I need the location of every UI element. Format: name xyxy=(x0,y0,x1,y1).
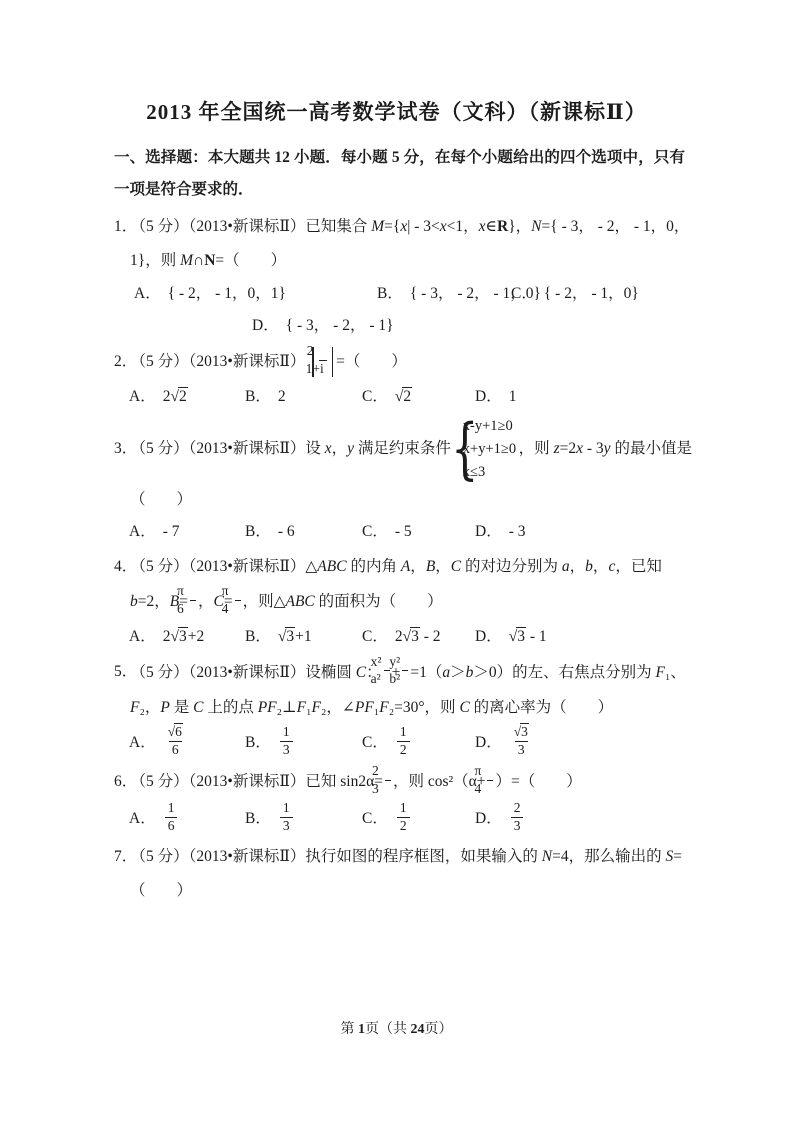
option-label: C． xyxy=(511,285,537,302)
text: （5 分）（2013•新课标Ⅱ）已知 sin2α= xyxy=(138,773,383,790)
text: ，则 cos²（α+ xyxy=(393,773,486,790)
text: 6 xyxy=(168,818,175,833)
question-number: 2． xyxy=(114,353,137,370)
sqrt-radicand: 3 xyxy=(410,627,420,645)
option: C．12 xyxy=(362,725,475,762)
math-variable: C xyxy=(459,699,469,716)
fraction-denominator: 2 xyxy=(397,741,410,759)
text: =（ ） xyxy=(215,252,286,269)
text: 2 xyxy=(278,388,286,405)
text: 的最小值是 xyxy=(611,440,692,457)
fraction-numerator: π xyxy=(190,583,196,600)
sqrt: √2 xyxy=(170,387,187,405)
footer-prefix: 第 xyxy=(341,1022,359,1037)
case-line: x≤3 xyxy=(479,461,517,484)
fraction: 13 xyxy=(280,800,293,835)
option-label: B． xyxy=(377,285,403,302)
text: +1 xyxy=(295,628,312,645)
fraction-denominator: 3 xyxy=(280,817,293,835)
option-label: B． xyxy=(245,523,271,540)
text: 6 xyxy=(177,601,184,616)
math-variable: C xyxy=(451,558,461,575)
question: 7．（5 分）（2013•新课标Ⅱ）执行如图的程序框图，如果输入的 N=4，那么… xyxy=(114,840,697,908)
text: 1 xyxy=(168,800,175,815)
sqrt-sign-icon: √ xyxy=(170,388,178,405)
bold-text: N xyxy=(204,252,215,269)
sqrt-sign-icon: √ xyxy=(170,628,178,645)
math-variable: PF xyxy=(355,699,374,716)
text: （5 分）（2013•新课标Ⅱ）已知集合 xyxy=(138,218,371,235)
math-variable: M xyxy=(371,218,384,235)
math-variable: A xyxy=(401,558,410,575)
option-label: A． xyxy=(129,734,156,751)
text: π xyxy=(474,763,481,778)
math-variable: P xyxy=(160,699,169,716)
fraction: 12 xyxy=(397,724,410,759)
fraction-denominator: 3 xyxy=(280,741,293,759)
options-row: A．√66B．13C．12D．√33 xyxy=(114,725,697,762)
text: 2 xyxy=(400,818,407,833)
fraction-numerator: π xyxy=(235,583,241,600)
text: ＞ xyxy=(450,663,466,680)
question: 4．（5 分）（2013•新课标Ⅱ）△ABC 的内角 A，B，C 的对边分别为 … xyxy=(114,550,697,653)
option: A．- 7 xyxy=(129,516,245,548)
option: C．2√3 - 2 xyxy=(362,621,475,653)
question: 3．（5 分）（2013•新课标Ⅱ）设 x，y 满足约束条件 {x-y+1≥0x… xyxy=(114,415,697,548)
math-variable: B xyxy=(426,558,435,575)
text: 1 xyxy=(400,724,407,739)
text: - 1 xyxy=(526,628,547,645)
text: ₂，∠ xyxy=(321,699,355,716)
fraction-numerator: √3 xyxy=(511,724,532,741)
option: C．12 xyxy=(362,801,475,838)
fraction: √33 xyxy=(511,724,532,759)
sqrt-radicand: 3 xyxy=(285,627,295,645)
fraction-denominator: 4 xyxy=(235,600,241,618)
question-stem: 1．（5 分）（2013•新课标Ⅱ）已知集合 M={x| - 3<x<1，x∈R… xyxy=(114,210,697,278)
option-label: C． xyxy=(362,628,388,645)
text: 6 xyxy=(172,742,179,757)
text: ， xyxy=(332,440,348,457)
question-stem: 6．（5 分）（2013•新课标Ⅱ）已知 sin2α=23，则 cos²（α+π… xyxy=(114,764,697,801)
text: ＞0）的左、右焦点分别为 xyxy=(473,663,655,680)
option: A．2√3+2 xyxy=(129,621,245,653)
option: A．{ - 2， - 1，0，1} xyxy=(134,278,377,310)
page-footer: 第 1页（共 24页） xyxy=(0,1018,793,1038)
fraction-numerator: 2 xyxy=(320,343,326,360)
sqrt-radicand: 2 xyxy=(178,387,188,405)
option: A．√66 xyxy=(129,725,245,762)
text: ，则 xyxy=(519,440,554,457)
math-variable: x xyxy=(440,218,447,235)
text: 1 xyxy=(400,800,407,815)
text: =2 xyxy=(560,440,577,457)
text: 1 xyxy=(509,388,517,405)
text: 1+i xyxy=(306,361,324,376)
option: D．23 xyxy=(475,801,697,838)
option-label: C． xyxy=(362,388,388,405)
text: +2 xyxy=(188,628,205,645)
question-number: 7． xyxy=(114,848,137,865)
option-label: D． xyxy=(252,317,279,334)
question-number: 5． xyxy=(114,663,137,680)
options-row: A．16B．13C．12D．23 xyxy=(114,801,697,838)
text: 3 xyxy=(283,742,290,757)
question-stem: 7．（5 分）（2013•新课标Ⅱ）执行如图的程序框图，如果输入的 N=4，那么… xyxy=(114,840,697,908)
section-header: 一、选择题：本大题共 12 小题．每小题 5 分，在每个小题给出的四个选项中，只… xyxy=(114,142,685,206)
text: 2 xyxy=(395,628,403,645)
math-variable: C xyxy=(356,663,366,680)
question-stem: 4．（5 分）（2013•新课标Ⅱ）△ABC 的内角 A，B，C 的对边分别为 … xyxy=(114,550,697,621)
option: B．13 xyxy=(245,801,362,838)
options-row: A．- 7B．- 6C．- 5D．- 3 xyxy=(114,516,697,548)
math-variable: N xyxy=(542,848,552,865)
text: 的面积为（ ） xyxy=(315,593,443,610)
text: }， xyxy=(508,218,531,235)
option: B．√3+1 xyxy=(245,621,362,653)
math-variable: a xyxy=(442,663,450,680)
option-label: D． xyxy=(475,523,502,540)
option-label: C． xyxy=(362,810,388,827)
fraction-denominator: 3 xyxy=(515,741,528,759)
text: （ ） xyxy=(130,491,192,508)
fraction-denominator: 3 xyxy=(511,817,524,835)
question-number: 4． xyxy=(114,558,137,575)
options-row: A．2√2B．2C．√2D．1 xyxy=(114,381,697,413)
math-variable: x xyxy=(479,218,486,235)
option: C．√2 xyxy=(362,381,475,413)
text: b² xyxy=(389,671,400,686)
option: D．1 xyxy=(475,381,697,413)
text: 是 xyxy=(170,699,193,716)
question-stem-continuation: （ ） xyxy=(114,484,697,516)
fraction: 21+i xyxy=(319,343,327,378)
math-variable: F xyxy=(379,699,388,716)
text: ， xyxy=(435,558,451,575)
fraction-denominator: 2 xyxy=(397,817,410,835)
text: ₂， xyxy=(139,699,160,716)
text: ， xyxy=(198,593,214,610)
fraction-denominator: 6 xyxy=(190,600,196,618)
sqrt-radicand: 6 xyxy=(174,723,183,739)
option: D．√3 - 1 xyxy=(475,621,697,653)
text: 1 xyxy=(283,800,290,815)
questions-list: 1．（5 分）（2013•新课标Ⅱ）已知集合 M={x| - 3<x<1，x∈R… xyxy=(114,210,697,908)
text: 的对边分别为 xyxy=(461,558,562,575)
option: D．- 3 xyxy=(475,516,697,548)
fraction-denominator: b² xyxy=(402,670,408,688)
option-label: A． xyxy=(129,628,156,645)
question-number: 6． xyxy=(114,773,137,790)
math-variable: ABC xyxy=(317,558,346,575)
text: 3 xyxy=(518,742,525,757)
text: （5 分）（2013•新课标Ⅱ）执行如图的程序框图，如果输入的 xyxy=(138,848,541,865)
option: D．√33 xyxy=(475,725,697,762)
text: 1 xyxy=(283,724,290,739)
text: { - 2， - 1，0，1} xyxy=(168,285,286,302)
text: 2 xyxy=(307,343,314,358)
text: ∩ xyxy=(193,252,204,269)
option-label: A． xyxy=(129,523,156,540)
fraction: π6 xyxy=(190,583,196,618)
fraction-denominator: 6 xyxy=(165,817,178,835)
option-label: B． xyxy=(245,388,271,405)
text: ， xyxy=(593,558,609,575)
footer-total-pages: 24 xyxy=(411,1022,425,1037)
options-row: D．{ - 3， - 2， - 1} xyxy=(114,310,697,342)
fraction: y²b² xyxy=(402,654,408,689)
math-variable: F xyxy=(297,699,306,716)
option-label: D． xyxy=(475,810,502,827)
text: 的内角 xyxy=(347,558,401,575)
text: x² xyxy=(371,654,382,669)
text: （5 分）（2013•新课标Ⅱ）设椭圆 xyxy=(138,663,355,680)
fraction: 13 xyxy=(280,724,293,759)
fraction: 23 xyxy=(511,800,524,835)
text: - 7 xyxy=(163,523,180,540)
fraction-denominator: 6 xyxy=(169,741,182,759)
text: { - 3， - 2， - 1} xyxy=(286,317,394,334)
math-variable: F xyxy=(312,699,321,716)
text: ， xyxy=(410,558,426,575)
question: 6．（5 分）（2013•新课标Ⅱ）已知 sin2α=23，则 cos²（α+π… xyxy=(114,764,697,838)
math-variable: b xyxy=(130,593,138,610)
math-variable: N xyxy=(531,218,541,235)
text: - 3 xyxy=(509,523,526,540)
text: - 2 xyxy=(420,628,441,645)
text: ₁、 xyxy=(665,663,686,680)
sqrt-radicand: 3 xyxy=(520,723,529,739)
text: ，已知 xyxy=(615,558,662,575)
math-variable: x xyxy=(576,440,583,457)
page-title: 2013 年全国统一高考数学试卷（文科）（新课标Ⅱ） xyxy=(0,0,793,126)
fraction-numerator: 1 xyxy=(280,724,293,741)
text: 3 xyxy=(372,781,379,796)
text: =4，那么输出的 xyxy=(552,848,665,865)
fraction-denominator: 3 xyxy=(385,780,391,798)
footer-suffix: 页） xyxy=(425,1022,453,1037)
case-line: x-y+1≥0 xyxy=(479,415,517,438)
fraction-numerator: 1 xyxy=(397,724,410,741)
text: 2 xyxy=(400,742,407,757)
text: ，则△ xyxy=(243,593,286,610)
math-variable: x xyxy=(325,440,332,457)
fraction: 12 xyxy=(397,800,410,835)
fraction-numerator: 1 xyxy=(397,800,410,817)
text: ）=（ ） xyxy=(495,773,581,790)
text: 的离心率为（ ） xyxy=(470,699,613,716)
fraction-numerator: 2 xyxy=(385,763,391,780)
question: 5．（5 分）（2013•新课标Ⅱ）设椭圆 C：x²a²+y²b²=1（a＞b＞… xyxy=(114,655,697,763)
question-number: 1． xyxy=(114,218,137,235)
math-variable: F xyxy=(656,663,665,680)
sqrt: √3 xyxy=(403,627,420,645)
sqrt-radicand: 3 xyxy=(516,627,526,645)
option-label: C． xyxy=(362,734,388,751)
math-variable: ABC xyxy=(286,593,315,610)
option-label: A． xyxy=(129,810,156,827)
text: 4 xyxy=(474,781,481,796)
option-label: B． xyxy=(245,734,271,751)
sqrt-radicand: 2 xyxy=(402,387,412,405)
text: π xyxy=(222,583,229,598)
fraction-numerator: π xyxy=(487,763,493,780)
option: B．- 6 xyxy=(245,516,362,548)
footer-mid: 页（共 xyxy=(365,1022,411,1037)
option-label: B． xyxy=(245,628,271,645)
fraction: 16 xyxy=(165,800,178,835)
fraction-denominator: 1+i xyxy=(319,360,327,378)
sqrt: √3 xyxy=(514,723,529,739)
sqrt: √6 xyxy=(168,723,183,739)
option: C．- 5 xyxy=(362,516,475,548)
question: 2．（5 分）（2013•新课标Ⅱ） 21+i=（ ）A．2√2B．2C．√2D… xyxy=(114,344,697,413)
option-label: D． xyxy=(475,628,502,645)
fraction: √66 xyxy=(165,724,186,759)
option: B．{ - 3， - 2， - 1，0} xyxy=(377,278,511,310)
math-variable: a xyxy=(562,558,570,575)
text: - 6 xyxy=(278,523,295,540)
options-row: A．{ - 2， - 1，0，1}B．{ - 3， - 2， - 1，0}C．{… xyxy=(114,278,697,310)
text: ₂=30°，则 xyxy=(389,699,460,716)
text: ={ xyxy=(384,218,400,235)
question-stem: 3．（5 分）（2013•新课标Ⅱ）设 x，y 满足约束条件 {x-y+1≥0x… xyxy=(114,415,697,484)
abs-bar xyxy=(332,347,333,377)
fraction-numerator: 1 xyxy=(280,800,293,817)
text: ₂⊥ xyxy=(277,699,297,716)
text: ∈ xyxy=(486,218,497,235)
text: <1， xyxy=(447,218,479,235)
option-label: D． xyxy=(475,734,502,751)
text: 2 xyxy=(514,800,521,815)
text: π xyxy=(177,583,184,598)
text: a² xyxy=(371,671,381,686)
text: =2， xyxy=(138,593,170,610)
text: （5 分）（2013•新课标Ⅱ） xyxy=(138,353,309,370)
option: B．13 xyxy=(245,725,362,762)
text: ， xyxy=(570,558,586,575)
text: =1（ xyxy=(410,663,442,680)
math-variable: b xyxy=(585,558,593,575)
options-row: A．2√3+2B．√3+1C．2√3 - 2D．√3 - 1 xyxy=(114,621,697,653)
option: A．16 xyxy=(129,801,245,838)
sqrt: √3 xyxy=(170,627,187,645)
fraction-numerator: 2 xyxy=(511,800,524,817)
text: 4 xyxy=(222,601,229,616)
fraction: π4 xyxy=(487,763,493,798)
math-variable: C xyxy=(193,699,203,716)
text: { - 2， - 1，0} xyxy=(544,285,639,302)
exam-page: 2013 年全国统一高考数学试卷（文科）（新课标Ⅱ） 一、选择题：本大题共 12… xyxy=(0,0,793,1122)
text: - 3 xyxy=(583,440,604,457)
option-label: B． xyxy=(245,810,271,827)
option: B．2 xyxy=(245,381,362,413)
text: - 5 xyxy=(395,523,412,540)
math-variable: PF xyxy=(258,699,277,716)
constraint-cases: {x-y+1≥0x+y+1≥0x≤3 xyxy=(457,415,517,484)
option-label: A． xyxy=(129,388,156,405)
text: 3 xyxy=(283,818,290,833)
question-stem: 5．（5 分）（2013•新课标Ⅱ）设椭圆 C：x²a²+y²b²=1（a＞b＞… xyxy=(114,655,697,726)
fraction: 23 xyxy=(385,763,391,798)
text: 上的点 xyxy=(203,699,257,716)
footer-page-number: 1 xyxy=(358,1022,365,1037)
fraction-numerator: 1 xyxy=(165,800,178,817)
sqrt-radicand: 3 xyxy=(178,627,188,645)
option-label: A． xyxy=(134,285,161,302)
fraction-numerator: √6 xyxy=(165,724,186,741)
sqrt-sign-icon: √ xyxy=(403,628,411,645)
math-variable: M xyxy=(180,252,193,269)
option-label: D． xyxy=(475,388,502,405)
fraction-denominator: 4 xyxy=(487,780,493,798)
question: 1．（5 分）（2013•新课标Ⅱ）已知集合 M={x| - 3<x<1，x∈R… xyxy=(114,210,697,342)
question-number: 3． xyxy=(114,440,137,457)
fraction: π4 xyxy=(235,583,241,618)
sqrt: √3 xyxy=(278,627,295,645)
math-variable: y xyxy=(347,440,354,457)
text: y² xyxy=(389,654,400,669)
text: 满足约束条件 xyxy=(354,440,455,457)
option: D．{ - 3， - 2， - 1} xyxy=(252,310,697,342)
text: 2 xyxy=(372,763,379,778)
sqrt: √3 xyxy=(509,627,526,645)
bold-text: R xyxy=(497,218,508,235)
option: C．{ - 2， - 1，0} xyxy=(511,278,697,310)
sqrt: √2 xyxy=(395,387,412,405)
option: A．2√2 xyxy=(129,381,245,413)
option-label: C． xyxy=(362,523,388,540)
math-variable: y xyxy=(604,440,611,457)
question-stem: 2．（5 分）（2013•新课标Ⅱ） 21+i=（ ） xyxy=(114,344,697,381)
case-line: x+y+1≥0 xyxy=(479,438,517,461)
text: 3 xyxy=(514,818,521,833)
text: | - 3< xyxy=(407,218,440,235)
text: （5 分）（2013•新课标Ⅱ）△ xyxy=(138,558,317,575)
cases-brace-icon: { xyxy=(461,420,478,478)
fraction-numerator: y² xyxy=(402,654,408,671)
text: =（ ） xyxy=(336,353,407,370)
cases-rows: x-y+1≥0x+y+1≥0x≤3 xyxy=(479,415,517,484)
text: （5 分）（2013•新课标Ⅱ）设 xyxy=(138,440,324,457)
